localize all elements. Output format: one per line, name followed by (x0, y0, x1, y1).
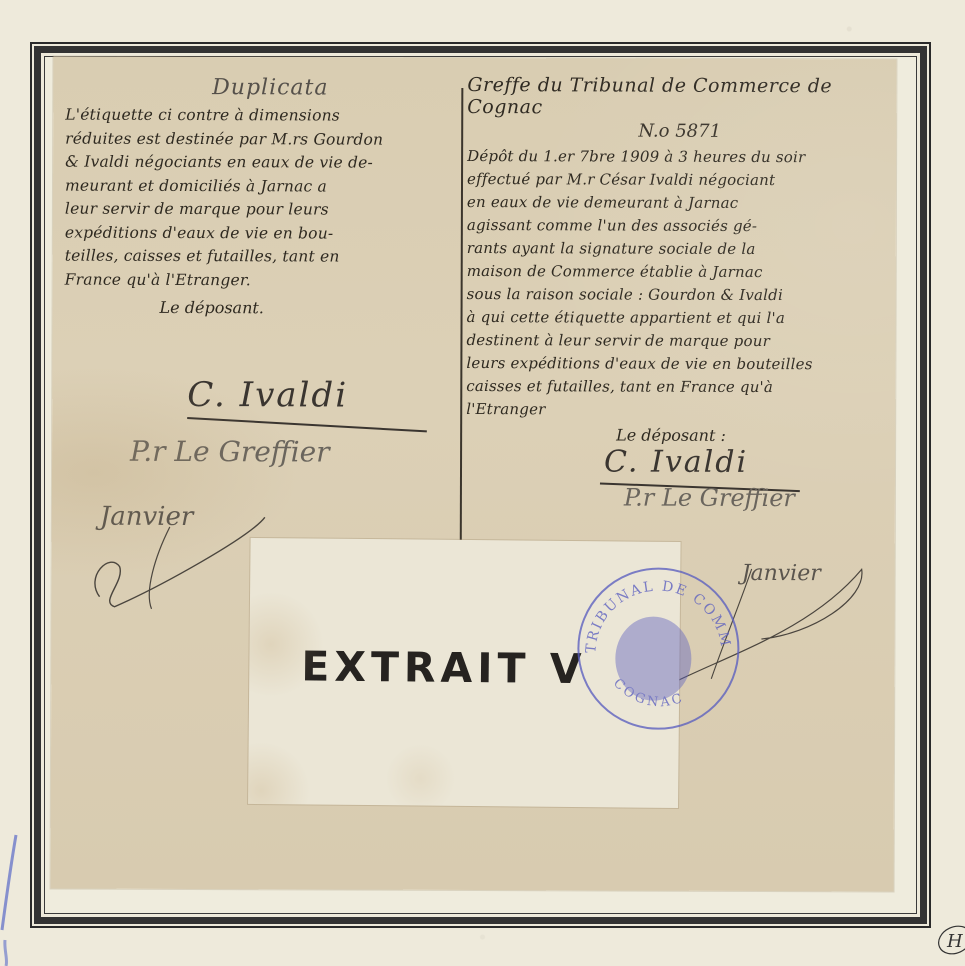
right-column-text: Dépôt du 1.er 7bre 1909 à 3 heures du so… (466, 145, 892, 422)
text-line: rants ayant la signature sociale de la (467, 237, 892, 261)
text-line: en eaux de vie demeurant à Jarnac (467, 191, 892, 215)
blue-pencil-mark (0, 830, 25, 966)
label-text-extrait: EXTRAIT V (301, 642, 587, 693)
text-line: agissant comme l'un des associés gé- (467, 214, 892, 238)
text-line: effectué par M.r César Ivaldi négociant (467, 168, 892, 192)
duplicata-heading: Duplicata (85, 75, 455, 101)
signature-underline-left (187, 417, 427, 432)
right-column-greffe: Greffe du Tribunal de Commerce de Cognac… (466, 74, 892, 445)
deposant-label: Le déposant. (160, 298, 455, 318)
text-line: expéditions d'eaux de vie en bou- (65, 221, 455, 246)
text-line: à qui cette étiquette appartient et qui … (467, 306, 892, 330)
left-column-text: L'étiquette ci contre à dimensions rédui… (65, 104, 456, 293)
depositor-signature-left: C. Ivaldi (187, 375, 348, 416)
document-paper: Duplicata L'étiquette ci contre à dimens… (51, 57, 897, 892)
depositor-signature-right: C. Ivaldi (604, 444, 748, 480)
greffier-label-left: P.r Le Greffier (130, 435, 330, 469)
text-line: leur servir de marque pour leurs (65, 198, 455, 223)
text-line: teilles, caisses et futailles, tant en (65, 245, 455, 270)
page-mark-text: H (946, 931, 963, 952)
text-line: maison de Commerce établie à Jarnac (467, 260, 892, 284)
column-divider-line (460, 88, 463, 546)
tribunal-stamp-icon: TRIBUNAL DE COMMERCE DE COGNAC (573, 563, 744, 734)
text-line: sous la raison sociale : Gourdon & Ivald… (467, 283, 892, 307)
text-line: L'étiquette ci contre à dimensions (65, 104, 455, 129)
text-line: Dépôt du 1.er 7bre 1909 à 3 heures du so… (467, 145, 892, 169)
page-mark-icon: H (933, 920, 965, 960)
text-line: leurs expéditions d'eaux de vie en boute… (466, 352, 891, 376)
deposit-number: N.o 5871 (467, 120, 892, 142)
text-line: meurant et domiciliés à Jarnac a (65, 174, 455, 199)
text-line: France qu'à l'Etranger. (65, 268, 455, 293)
text-line: destinent à leur servir de marque pour (466, 329, 891, 353)
text-line: caisses et futailles, tant en France qu'… (466, 375, 891, 399)
greffe-heading: Greffe du Tribunal de Commerce de Cognac (467, 74, 892, 119)
deposant-label: Le déposant : (616, 425, 891, 445)
greffier-label-right: P.r Le Greffier (624, 484, 795, 513)
text-line: & Ivaldi négociants en eaux de vie de- (65, 151, 455, 176)
text-line: réduites est destinée par M.rs Gourdon (65, 127, 455, 152)
text-line: l'Etranger (466, 398, 891, 422)
left-column-duplicata: Duplicata L'étiquette ci contre à dimens… (65, 75, 456, 318)
